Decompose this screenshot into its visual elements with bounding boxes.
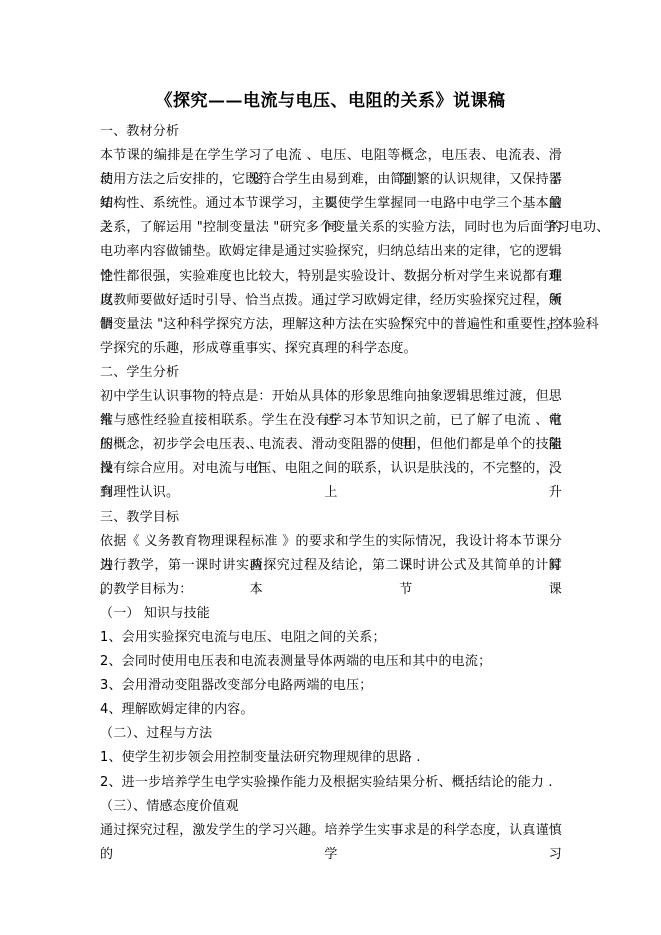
paragraph-line: 电功率内容做铺垫。欧姆定律是通过实验探究，归纳总结出来的定律，它的逻辑性、理: [100, 240, 562, 264]
paragraph-line: 使用方法之后安排的，它既符合学生由易到难，由简到繁的认识规律，又保持了知识的: [100, 168, 562, 192]
paragraph-line: 论性都很强，实验难度也比较大，特别是实验设计、数据分析对学生来说都有难度，所: [100, 265, 562, 289]
subheading-process-methods: （二）、过程与方法: [100, 722, 562, 746]
paragraph-line: 制变量法 "这种科学探究方法，理解这种方法在实验探究中的普遍性和重要性，体验科: [100, 313, 562, 337]
paragraph-line: 依据《 义务教育物理课程标准 》的要求和学生的实际情况，我设计将本节课分为两课时: [100, 530, 562, 554]
paragraph-line: 通过探究过程，激发学生的学习兴趣。培养学生实事求是的科学态度，认真谨慎的学习: [100, 819, 562, 843]
document-page: 《探究——电流与电压、电阻的关系》说课稿 一、教材分析 本节课的编排是在学生学习…: [0, 0, 661, 935]
paragraph-line: 的概念，初步学会电压表、电流表、滑动变阻器的使用，但他们都是单个的技能操作 ，: [100, 433, 562, 457]
paragraph-line: 本节课的编排是在学生学习了电流 、电压、电阻等概念，电压表、电流表、滑动变阻器: [100, 144, 562, 168]
paragraph-line: 以教师要做好适时引导、恰当点拨。通过学习欧姆定律，经历实验探究过程，领悟 "控: [100, 289, 562, 313]
paragraph-line: 学探究的乐趣，形成尊重事实、探究真理的科学态度。: [100, 337, 562, 361]
document-title: 《探究——电流与电压、电阻的关系》说课稿: [0, 86, 661, 111]
paragraph-line: 关系，了解运用 "控制变量法 "研究多个变量关系的实验方法，同时也为后面学习电功…: [100, 216, 562, 240]
subheading-emotional-values: （三）、情感态度价值观: [100, 795, 562, 819]
paragraph-line: 没有综合应用。对电流与电压、电阻之间的联系，认识是肤浅的，不完整的，没有上升: [100, 457, 562, 481]
paragraph-line: 结构性、系统性。通过本节课学习，主要使学生掌握同一电路中电学三个基本量之间的: [100, 192, 562, 216]
section-heading-textbook-analysis: 一、教材分析: [100, 120, 562, 144]
list-item: 1、会用实验探究电流与电压、电阻之间的关系；: [100, 626, 562, 650]
list-item: 1、使学生初步领会用控制变量法研究物理规律的思路 .: [100, 746, 562, 770]
paragraph-line: 初中学生认识事物的特点是：开始从具体的形象思维向抽象逻辑思维过渡，但思维还常: [100, 385, 562, 409]
subheading-knowledge-skills: （一） 知识与技能: [100, 602, 562, 626]
list-item: 2、进一步培养学生电学实验操作能力及根据实验结果分析、概括结论的能力 .: [100, 771, 562, 795]
list-item: 2、会同时使用电压表和电流表测量导体两端的电压和其中的电流；: [100, 650, 562, 674]
section-heading-teaching-goals: 三、教学目标: [100, 506, 562, 530]
section-heading-student-analysis: 二、学生分析: [100, 361, 562, 385]
document-body: 一、教材分析 本节课的编排是在学生学习了电流 、电压、电阻等概念，电压表、电流表…: [100, 120, 562, 843]
paragraph-line: 进行教学，第一课时讲实验探究过程及结论，第二课时讲公式及其简单的计算 。本节课: [100, 554, 562, 578]
list-item: 3、会用滑动变阻器改变部分电路两端的电压；: [100, 674, 562, 698]
list-item: 4、理解欧姆定律的内容。: [100, 698, 562, 722]
paragraph-line: 常与感性经验直接相联系。学生在没有学习本节知识之前，已了解了电流 、电压、电阻: [100, 409, 562, 433]
